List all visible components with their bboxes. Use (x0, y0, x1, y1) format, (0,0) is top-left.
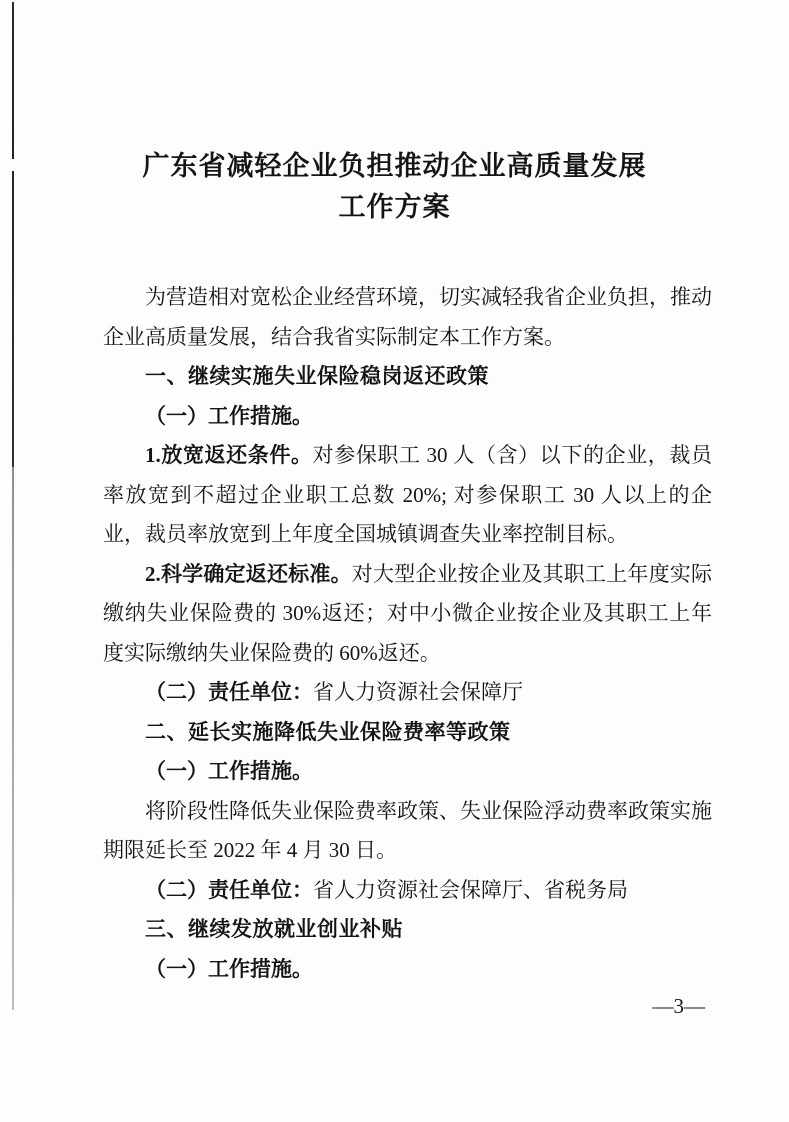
paragraph-text: （一）工作措施。 (145, 404, 313, 428)
paragraph-text: 一、继续实施失业保险稳岗返还政策 (145, 365, 489, 388)
title-line-2: 工作方案 (0, 187, 789, 228)
scan-artifact-line (12, 2, 14, 1010)
title-line-1: 广东省减轻企业负担推动企业高质量发展 (0, 146, 789, 187)
paragraph-text: 三、继续发放就业创业补贴 (145, 918, 403, 941)
paragraph: 1.放宽返还条件。对参保职工 30 人（含）以下的企业，裁员率放宽到不超过企业职… (103, 436, 712, 555)
paragraph-text: 将阶段性降低失业保险费率政策、失业保险浮动费率政策实施期限延长至 2022 年 … (103, 799, 712, 863)
paragraph: 为营造相对宽松企业经营环境，切实减轻我省企业负担，推动企业高质量发展，结合我省实… (103, 278, 712, 357)
paragraph-lead: 1.放宽返还条件。 (145, 443, 313, 467)
document-body: 为营造相对宽松企业经营环境，切实减轻我省企业负担，推动企业高质量发展，结合我省实… (103, 278, 712, 989)
document-title: 广东省减轻企业负担推动企业高质量发展 工作方案 (0, 0, 789, 228)
paragraph-text: （一）工作措施。 (145, 759, 313, 783)
paragraph: 三、继续发放就业创业补贴 (103, 910, 712, 950)
paragraph: （一）工作措施。 (103, 397, 712, 437)
paragraph: 二、延长实施降低失业保险费率等政策 (103, 713, 712, 753)
document-page: 广东省减轻企业负担推动企业高质量发展 工作方案 为营造相对宽松企业经营环境，切实… (0, 0, 789, 1122)
paragraph-lead: （二）责任单位： (145, 680, 313, 704)
paragraph-lead: 2.科学确定返还标准。 (145, 562, 352, 586)
paragraph-text: 省人力资源社会保障厅、省税务局 (313, 878, 628, 902)
paragraph: （二）责任单位：省人力资源社会保障厅、省税务局 (103, 871, 712, 911)
page-number: —3— (653, 994, 706, 1019)
paragraph: （二）责任单位：省人力资源社会保障厅 (103, 673, 712, 713)
paragraph: （一）工作措施。 (103, 950, 712, 990)
paragraph: 一、继续实施失业保险稳岗返还政策 (103, 357, 712, 397)
paragraph: 2.科学确定返还标准。对大型企业按企业及其职工上年度实际缴纳失业保险费的 30%… (103, 555, 712, 674)
paragraph-text: 为营造相对宽松企业经营环境，切实减轻我省企业负担，推动企业高质量发展，结合我省实… (103, 285, 712, 349)
paragraph-text: 省人力资源社会保障厅 (313, 680, 523, 704)
paragraph-lead: （二）责任单位： (145, 878, 313, 902)
paragraph: （一）工作措施。 (103, 752, 712, 792)
paragraph-text: （一）工作措施。 (145, 957, 313, 981)
paragraph: 将阶段性降低失业保险费率政策、失业保险浮动费率政策实施期限延长至 2022 年 … (103, 792, 712, 871)
paragraph-text: 二、延长实施降低失业保险费率等政策 (145, 721, 511, 744)
